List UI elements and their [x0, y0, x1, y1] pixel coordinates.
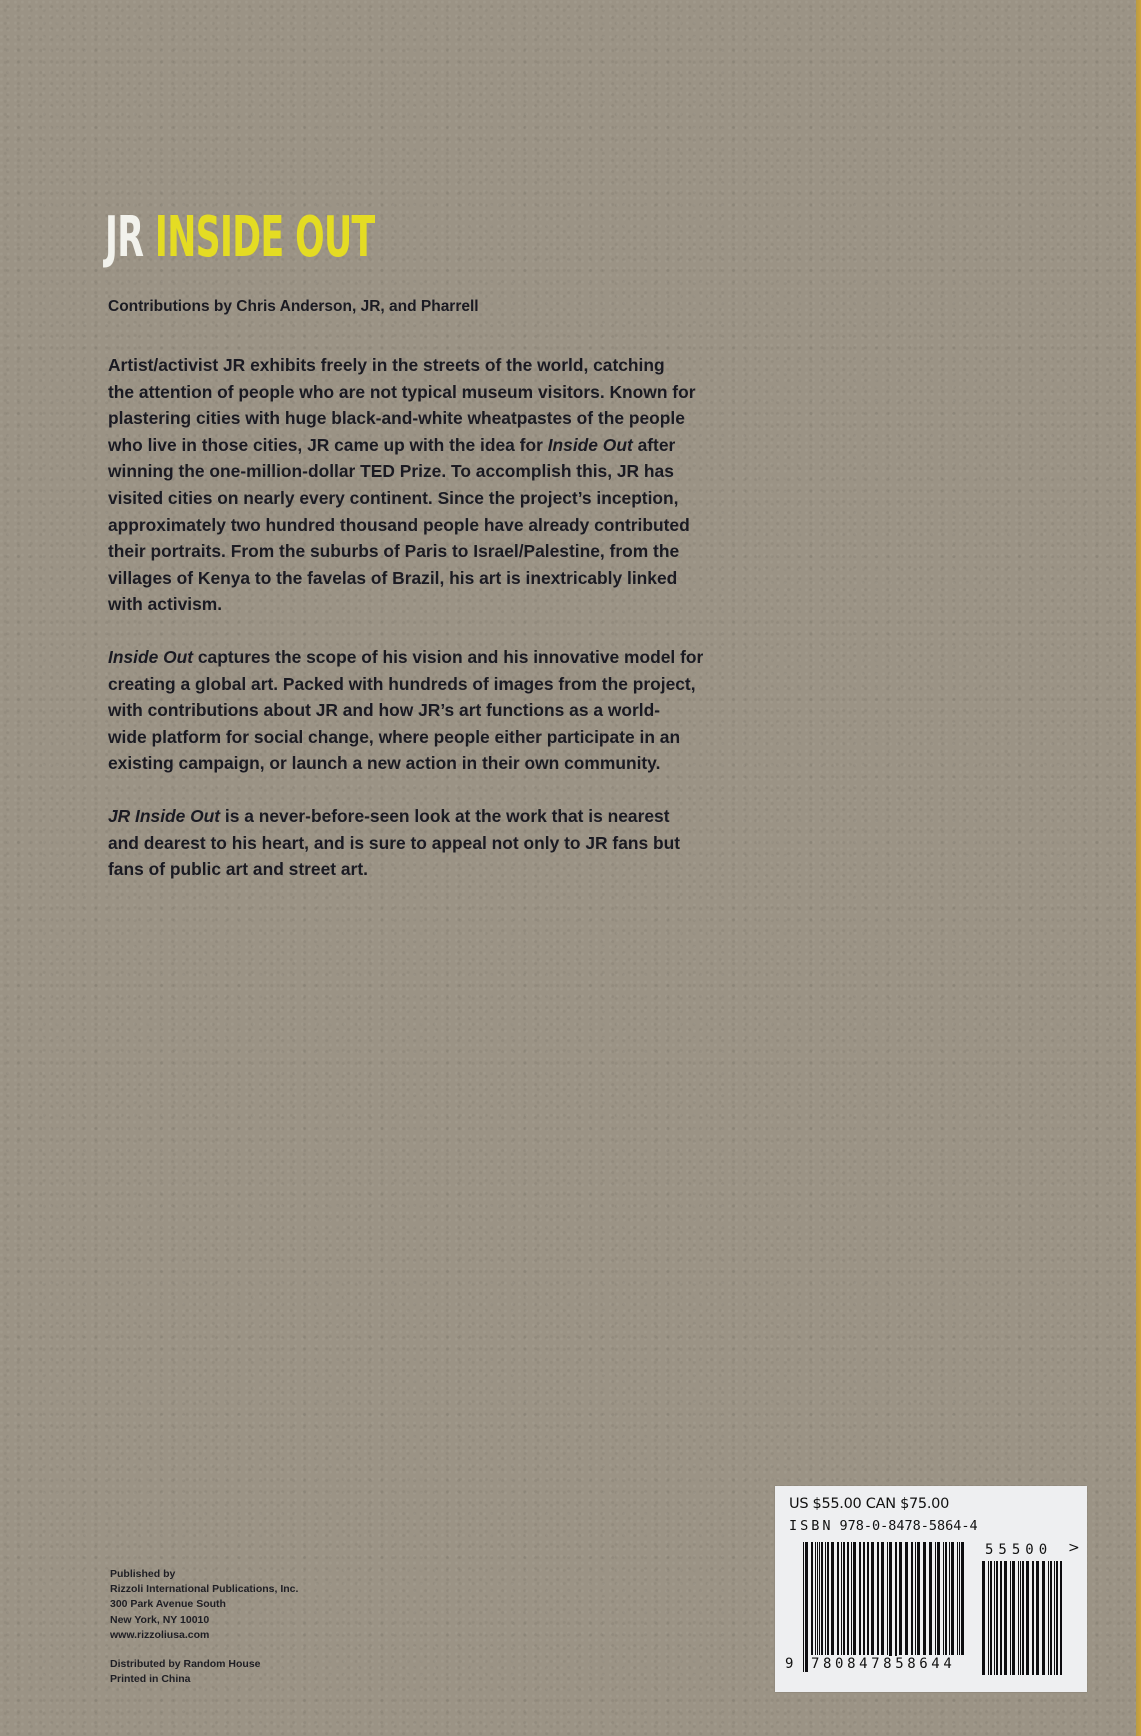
published-by-block: Published byRizzoli International Public… [110, 1567, 298, 1643]
publisher-line: 300 Park Avenue South [110, 1597, 298, 1612]
blurb-line: the attention of people who are not typi… [108, 379, 718, 406]
book-title: JR INSIDE OUT [105, 206, 375, 270]
publisher-line: www.rizzoliusa.com [110, 1628, 298, 1643]
blurb-line: fans of public art and street art. [108, 856, 718, 883]
blurb-line: wide platform for social change, where p… [108, 724, 718, 751]
blurb-paragraph-1: Artist/activist JR exhibits freely in th… [108, 352, 718, 618]
isbn-number: 978-0-8478-5864-4 [840, 1518, 978, 1534]
barcode-digits: 780847858644 [809, 1656, 957, 1672]
italic-title: JR Inside Out [108, 806, 220, 826]
ean-barcode [803, 1542, 969, 1672]
blurb-line: existing campaign, or launch a new actio… [108, 750, 718, 777]
barcode-first-digit: 9 [785, 1656, 793, 1672]
blurb-line: and dearest to his heart, and is sure to… [108, 830, 718, 857]
blurb-line: Artist/activist JR exhibits freely in th… [108, 352, 718, 379]
blurb-paragraph-3: JR Inside Out is a never-before-seen loo… [108, 803, 718, 883]
cover-edge-strip [1136, 0, 1141, 1736]
isbn-prefix: ISBN [789, 1518, 834, 1534]
publisher-line: Printed in China [110, 1672, 298, 1687]
italic-title: Inside Out [548, 435, 633, 455]
title-author-prefix: JR [105, 205, 143, 270]
isbn-line: ISBN978-0-8478-5864-4 [789, 1518, 978, 1534]
publisher-line: New York, NY 10010 [110, 1613, 298, 1628]
blurb-line: Inside Out captures the scope of his vis… [108, 644, 718, 671]
blurb: Artist/activist JR exhibits freely in th… [108, 352, 718, 909]
price-supplement-barcode [982, 1561, 1065, 1675]
blurb-line: approximately two hundred thousand peopl… [108, 512, 718, 539]
blurb-line: with contributions about JR and how JR’s… [108, 697, 718, 724]
blurb-line: villages of Kenya to the favelas of Braz… [108, 565, 718, 592]
publisher-line: Distributed by Random House [110, 1657, 298, 1672]
title-main: INSIDE OUT [155, 205, 375, 270]
blurb-line: visited cities on nearly every continent… [108, 485, 718, 512]
supplement-digits: 55500 [985, 1542, 1052, 1558]
blurb-line: plastering cities with huge black-and-wh… [108, 405, 718, 432]
blurb-line: who live in those cities, JR came up wit… [108, 432, 718, 459]
blurb-line: JR Inside Out is a never-before-seen loo… [108, 803, 718, 830]
supplement-marker: > [1068, 1540, 1080, 1556]
contributors-line: Contributions by Chris Anderson, JR, and… [108, 298, 479, 316]
price-text: US $55.00 CAN $75.00 [789, 1496, 949, 1512]
price-barcode-label: US $55.00 CAN $75.00 ISBN978-0-8478-5864… [775, 1486, 1087, 1692]
distribution-block: Distributed by Random HousePrinted in Ch… [110, 1657, 298, 1687]
publisher-info: Published byRizzoli International Public… [110, 1567, 298, 1687]
blurb-line: creating a global art. Packed with hundr… [108, 671, 718, 698]
publisher-line: Rizzoli International Publications, Inc. [110, 1582, 298, 1597]
blurb-line: with activism. [108, 591, 718, 618]
italic-title: Inside Out [108, 647, 193, 667]
blurb-line: winning the one-million-dollar TED Prize… [108, 458, 718, 485]
publisher-line: Published by [110, 1567, 298, 1582]
blurb-line: their portraits. From the suburbs of Par… [108, 538, 718, 565]
blurb-paragraph-2: Inside Out captures the scope of his vis… [108, 644, 718, 777]
